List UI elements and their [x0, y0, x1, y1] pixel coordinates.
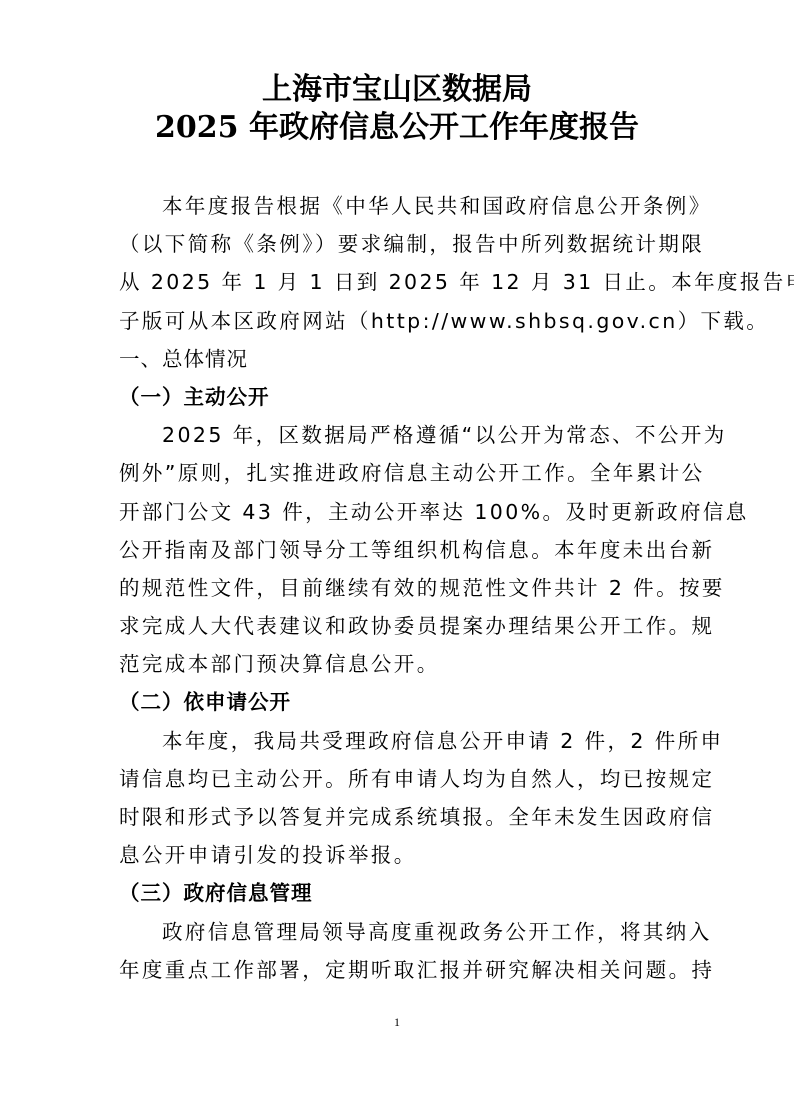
- intro-line: 本年度报告根据《中华人民共和国政府信息公开条例》: [119, 187, 679, 225]
- paragraph-line: 2025 年，区数据局严格遵循“以公开为常态、不公开为: [119, 416, 679, 454]
- paragraph-line: 年度重点工作部署，定期听取汇报并研究解决相关问题。持: [119, 951, 679, 989]
- paragraph-line: 的规范性文件，目前继续有效的规范性文件共计 2 件。按要: [119, 569, 679, 607]
- page-number: 1: [0, 1015, 794, 1030]
- paragraph-line: 息公开申请引发的投诉举报。: [119, 836, 679, 874]
- subsection-heading: （二）依申请公开: [119, 683, 679, 721]
- intro-line: 从 2025 年 1 月 1 日到 2025 年 12 月 31 日止。本年度报…: [119, 263, 679, 301]
- paragraph-line: 范完成本部门预决算信息公开。: [119, 645, 679, 683]
- document-title-line1: 上海市宝山区数据局: [0, 72, 794, 108]
- paragraph-line: 时限和形式予以答复并完成系统填报。全年未发生因政府信: [119, 798, 679, 836]
- section-heading: 一、总体情况: [119, 340, 679, 378]
- paragraph-line: 公开指南及部门领导分工等组织机构信息。本年度未出台新: [119, 531, 679, 569]
- paragraph-line: 政府信息管理局领导高度重视政务公开工作，将其纳入: [119, 913, 679, 951]
- paragraph-line: 例外”原则，扎实推进政府信息主动公开工作。全年累计公: [119, 454, 679, 492]
- paragraph-line: 本年度，我局共受理政府信息公开申请 2 件，2 件所申: [119, 722, 679, 760]
- document-title-line2: 2025 年政府信息公开工作年度报告: [0, 110, 794, 146]
- subsection-heading: （一）主动公开: [119, 378, 679, 416]
- intro-line: 子版可从本区政府网站（http://www.shbsq.gov.cn）下载。: [119, 302, 679, 340]
- paragraph-line: 开部门公文 43 件，主动公开率达 100%。及时更新政府信息: [119, 493, 679, 531]
- document-page: 上海市宝山区数据局 2025 年政府信息公开工作年度报告 本年度报告根据《中华人…: [0, 0, 794, 1093]
- intro-line: （以下简称《条例》）要求编制，报告中所列数据统计期限: [119, 225, 679, 263]
- subsection-heading: （三）政府信息管理: [119, 874, 679, 912]
- document-body: 本年度报告根据《中华人民共和国政府信息公开条例》 （以下简称《条例》）要求编制，…: [119, 187, 679, 989]
- paragraph-line: 求完成人大代表建议和政协委员提案办理结果公开工作。规: [119, 607, 679, 645]
- paragraph-line: 请信息均已主动公开。所有申请人均为自然人，均已按规定: [119, 760, 679, 798]
